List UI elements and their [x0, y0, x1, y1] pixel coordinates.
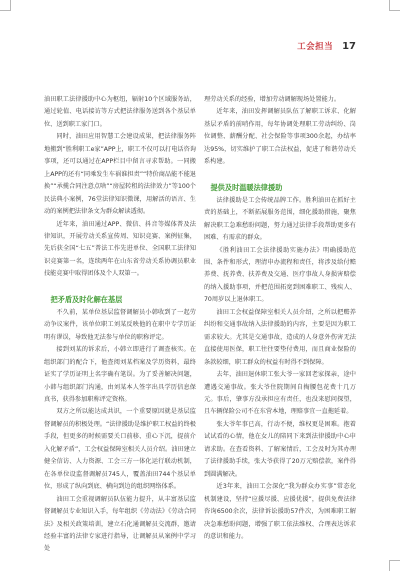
paragraph: 张大爷年事已高，行动不便，维权更是困难。抱着试试看的心情，他在女儿的陪同下来到法…: [204, 419, 356, 481]
paragraph: 近3年来，油田工会深化“我为群众办实事”常态化机制建设，坚持“应援尽援、应援优援…: [204, 481, 356, 543]
section-heading: 把矛盾及时化解在基层: [44, 294, 196, 306]
paragraph: 油田职工法律援助中心为枢纽，辐射10个区域服务站，通过轮值、电话接访等方式把法律…: [44, 94, 196, 131]
paragraph: 同时，油田应用智慧工会建设成果，把法律服务阵地搬到“胜利职工e家”APP上，职工…: [44, 131, 196, 218]
paragraph: 油田工会权益保障室相关人员介绍，之所以把赡养纠纷和交通事故纳入法律援助的内容，主…: [204, 307, 356, 369]
paragraph: 油田工会重视调解员队伍能力提升，从丰富基层监督调解员专业知识入手，每年组织《劳动…: [44, 494, 196, 556]
paragraph: 近年来，油田通过APP、微信、抖音等媒体普及法律知识，开展劳动关系宣传周、知识竞…: [44, 219, 196, 281]
page-number: 17: [342, 41, 356, 52]
section-title: 工会担当: [297, 40, 333, 52]
left-column: 油田职工法律援助中心为枢纽，辐射10个区域服务站，通过轮值、电话接访等方式把法律…: [44, 94, 196, 556]
paragraph: 《胜利油田工会法律援助实施办法》明确援助范围、条件和形式，理清申办流程和责任，将…: [204, 245, 356, 307]
page-header: 工会担当 17: [297, 40, 356, 52]
paragraph: 近年来，油田发挥调解员队伍了解职工诉求、化解基层矛盾的前哨作用，每年协调处理职工…: [204, 106, 356, 168]
paragraph: 法律援助是工会传统品牌工作。胜利油田在抓好主责的基础上，不断拓展服务范围，细化援…: [204, 195, 356, 245]
paragraph: 双方之所以能达成共识，一个重要原因就是基层监督调解员的积极处理。“法律援助是维护…: [44, 406, 196, 493]
crop-mark-top-left: [0, 0, 11, 11]
paragraph: 不久前，某单位基层监督调解员小韩收到了一起劳动争议案件，该单位职工刘某反映他的在…: [44, 307, 196, 344]
paragraph: 接到刘某的诉求后，小韩立即进行了调查核实。在组织部门的配合下，他查阅刘某档案及学…: [44, 344, 196, 406]
paragraph: 去年，油田退休职工张大爷一家回老家探亲，途中遭遇交通事故。张大爷住院期间自掏腰包…: [204, 369, 356, 419]
crop-mark-top-right: [389, 0, 400, 11]
section-heading: 提供及时温暖法律援助: [204, 182, 356, 194]
paragraph: 理劳动关系的经验，增加劳动调解现场处置能力。: [204, 94, 356, 106]
crop-mark-bottom-right: [389, 560, 400, 571]
right-column: 理劳动关系的经验，增加劳动调解现场处置能力。 近年来，油田发挥调解员队伍了解职工…: [204, 94, 356, 543]
